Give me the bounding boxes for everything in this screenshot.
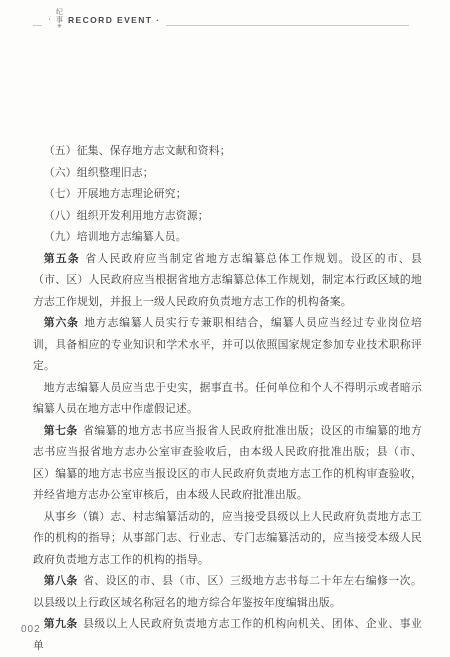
article-number: 第六条 <box>44 317 79 329</box>
article-paragraph: 第九条县级以上人民政府负责地方志工作的机构向机关、团体、企业、事业单 <box>33 614 422 657</box>
ornament-char-2: 事 <box>56 17 63 25</box>
paragraph: 从事乡（镇）志、村志编纂活动的，应当接受县级以上人民政府负责地方志工作的机构的指… <box>33 507 422 572</box>
page-header: · 纪 事 ✳ RECORD EVENT · <box>42 9 166 30</box>
article-number: 第八条 <box>44 575 78 587</box>
paragraph: （八）组织开发利用地方志资源； <box>33 206 422 228</box>
paragraph: （九）培训地方志编纂人员。 <box>33 227 422 249</box>
article-number: 第七条 <box>44 425 78 437</box>
ornament-star-icon: ✳ <box>57 24 62 30</box>
header-ornament-chinese: 纪 事 ✳ <box>56 9 63 30</box>
article-number: 第五条 <box>44 253 80 265</box>
article-paragraph: 第八条省、设区的市、县（市、区）三级地方志书每二十年左右编修一次。以县级以上行政… <box>33 571 422 614</box>
page-number: 002 <box>21 624 41 635</box>
header-title: RECORD EVENT · <box>68 15 160 25</box>
paragraph: （五）征集、保存地方志文献和资料； <box>33 141 422 163</box>
article-paragraph: 第七条省编纂的地方志书应当报省人民政府批准出版；设区的市编纂的地方志书应当报省地… <box>33 421 422 507</box>
article-paragraph: 第五条省人民政府应当制定省地方志编纂总体工作规划。设区的市、县（市、区）人民政府… <box>33 249 422 314</box>
article-paragraph: 第六条地方志编纂人员实行专兼职相结合，编纂人员应当经过专业岗位培训，具备相应的专… <box>33 313 422 378</box>
paragraph: （六）组织整理旧志； <box>33 163 422 185</box>
paragraph: 地方志编纂人员应当忠于史实，据事直书。任何单位和个人不得明示或者暗示编纂人员在地… <box>33 378 422 421</box>
article-number: 第九条 <box>44 618 78 630</box>
document-page: · 纪 事 ✳ RECORD EVENT · （五）征集、保存地方志文献和资料；… <box>0 0 450 657</box>
paragraph: （七）开展地方志理论研究； <box>33 184 422 206</box>
header-dash: · <box>48 15 51 24</box>
document-body: （五）征集、保存地方志文献和资料；（六）组织整理旧志；（七）开展地方志理论研究；… <box>33 141 422 657</box>
